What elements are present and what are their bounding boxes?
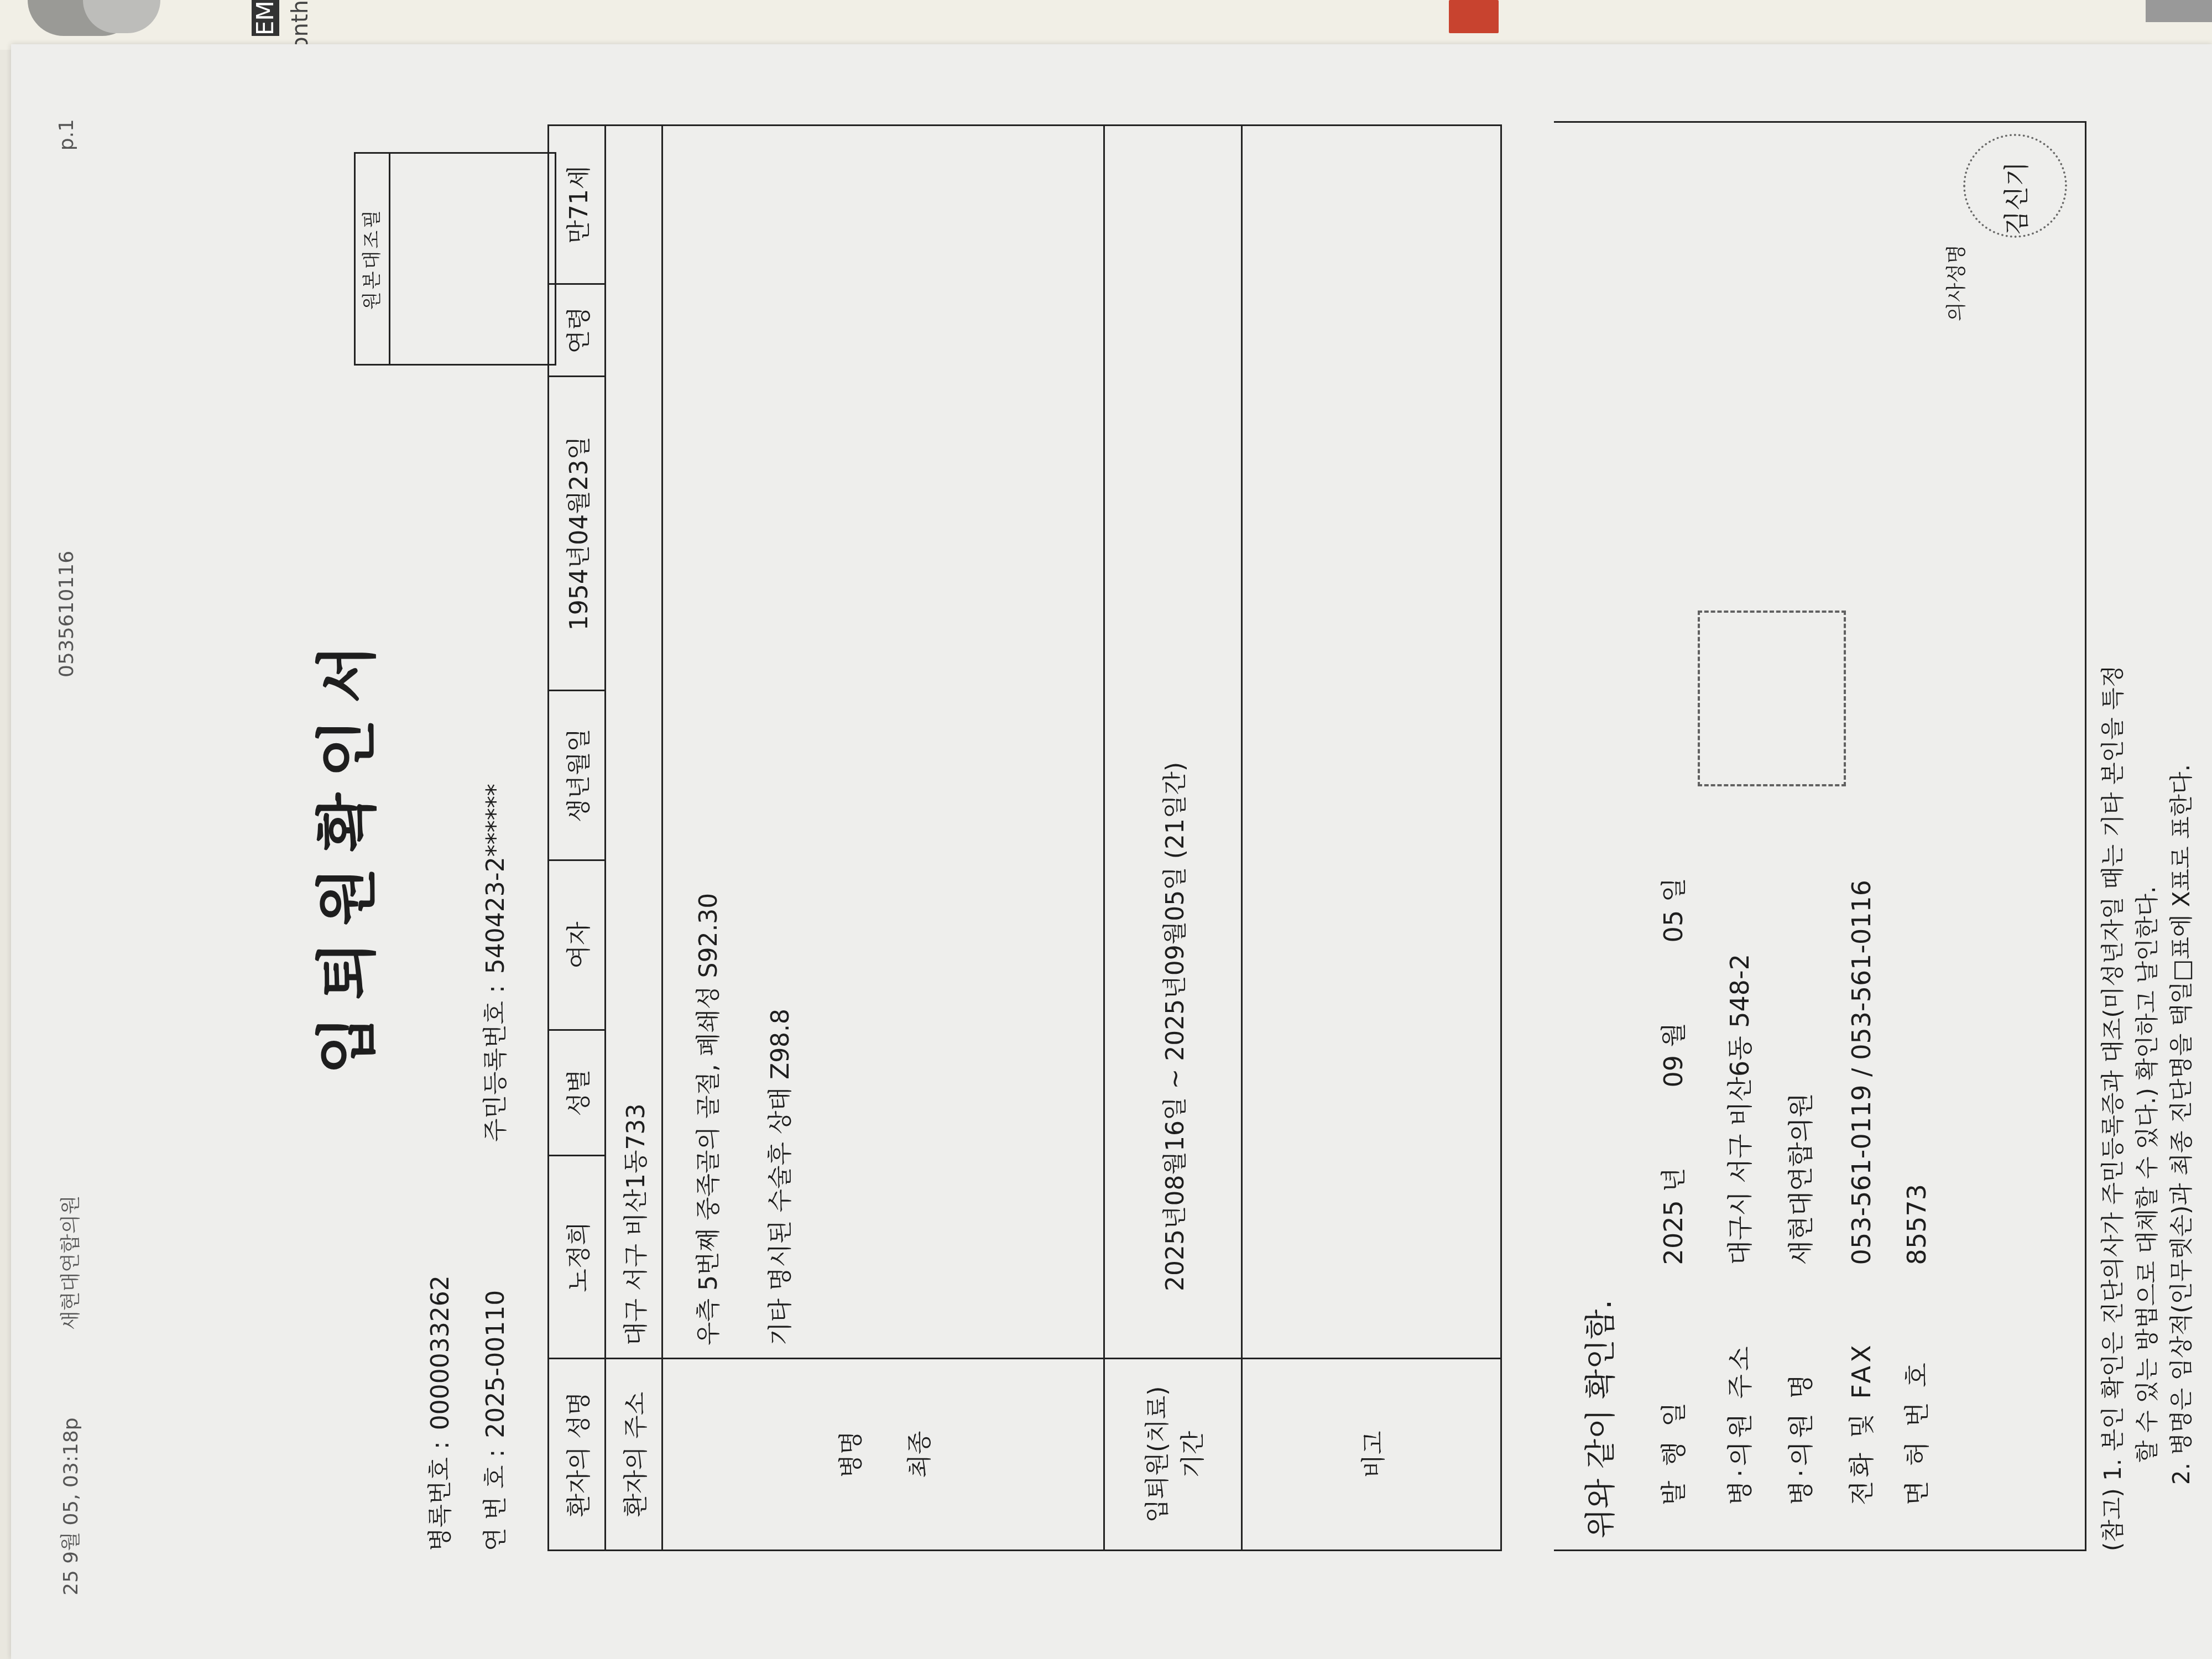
resident-registration-number: 주민등록번호 :540423-2****** [476,784,511,1142]
certificate-page: 25 9월 05, 03:18p 새현대연합의원 0535610116 p.1 … [33,64,2190,1640]
original-verified-label: 원본대조필 [356,154,390,364]
record-number: 병록번호 :0000033262 [420,1275,456,1551]
period-label: 입퇴원(치료) 기간 [1104,1359,1242,1551]
patient-name: 노정희 [549,1156,606,1359]
issue-date-row: 발 행 일 2025 년 09 월 05 일 [1653,806,1690,1505]
diagnosis-list: 우측 5번째 중족골의 골절, 폐쇄성 S92.30 기타 명시된 수술후 상태… [662,126,1104,1359]
fax-page: p.1 [55,119,78,150]
background-gray-block [2146,0,2212,22]
patient-row: 환자의 성명 노정희 성별 여자 생년월일 1954년04월23일 연령 만71… [549,126,606,1551]
period-value: 2025년08월16일 ~ 2025년09월05일 (21일간) [1104,126,1242,1359]
diagnosis-row: 병명 최종 우측 5번째 중족골의 골절, 폐쇄성 S92.30 기타 명시된 … [662,126,1104,1551]
clinic-address: 대구시 서구 비산6동 548-2 [1725,954,1755,1265]
reference-notes: (참고) 1. 본인 확인은 진단의사가 주민등록증과 대조(미성년자일 때는 … [2096,113,2199,1551]
remarks-label: 비고 [1242,1359,1501,1551]
diagnosis-item: 우측 5번째 중족골의 골절, 폐쇄성 S92.30 [673,138,745,1345]
fax-datetime: 25 9월 05, 03:18p [55,1417,84,1595]
patient-name-label: 환자의 성명 [549,1359,606,1551]
age-value: 만71세 [549,126,606,284]
doctor-label: 의사성명 [1941,244,1969,321]
paper-sheet: 25 9월 05, 03:18p 새현대연합의원 0535610116 p.1 … [11,44,2212,1659]
fax-number: 0535610116 [55,551,78,677]
background-logo-text: EM [252,0,279,36]
fax-header: 25 9월 05, 03:18p 새현대연합의원 0535610116 p.1 [55,86,88,1618]
background-papers [0,0,2212,50]
period-row: 입퇴원(치료) 기간 2025년08월16일 ~ 2025년09월05일 (21… [1104,126,1242,1551]
diagnosis-label: 병명 최종 [662,1359,1104,1551]
age-label: 연령 [549,284,606,377]
confirmation-block: 위와 같이 확인함. 발 행 일 2025 년 09 월 05 일 병·의원 주… [1554,121,2086,1551]
sex-label: 성별 [549,1030,606,1156]
clinic-stamp-icon [1698,611,1846,786]
sex-value: 여자 [549,860,606,1030]
certificate-table: 환자의 성명 노정희 성별 여자 생년월일 1954년04월23일 연령 만71… [547,124,1502,1551]
clinic-address-row: 병·의원 주소 대구시 서구 비산6동 548-2 [1720,954,1756,1505]
patient-address-label: 환자의 주소 [606,1359,662,1551]
fax-sender: 새현대연합의원 [55,1196,84,1330]
diagnosis-item: 기타 명시된 수술후 상태 Z98.8 [745,138,817,1345]
background-side-text: onth [288,0,313,50]
clinic-name: 새현대연합의원 [1786,1093,1815,1265]
license-number: 85573 [1902,1184,1932,1265]
doctor-seal-icon [1963,134,2067,238]
patient-address: 대구 서구 비산1동733 [606,126,662,1359]
original-verified-box: 원본대조필 [354,152,556,366]
background-red-tab [1449,0,1499,33]
remarks-row: 비고 [1242,126,1501,1551]
phone-fax-row: 전화 및 FAX 053-561-0119 / 053-561-0116 [1841,880,1878,1505]
dob-label: 생년월일 [549,691,606,860]
phone-fax: 053-561-0119 / 053-561-0116 [1846,880,1876,1265]
serial-number: 연 번 호 :2025-00110 [476,1290,511,1551]
diagnosis-label-top: 병명 [831,1371,867,1537]
license-row: 면 허 번 호 85573 [1897,1184,1933,1505]
address-row: 환자의 주소 대구 서구 비산1동733 [606,126,662,1551]
confirmation-statement: 위와 같이 확인함. [1576,1300,1620,1538]
clinic-name-row: 병·의원 명 새현대연합의원 [1781,1093,1817,1505]
dob-value: 1954년04월23일 [549,377,606,691]
remarks-value [1242,126,1501,1359]
diagnosis-label-bottom: 최종 [900,1371,935,1537]
